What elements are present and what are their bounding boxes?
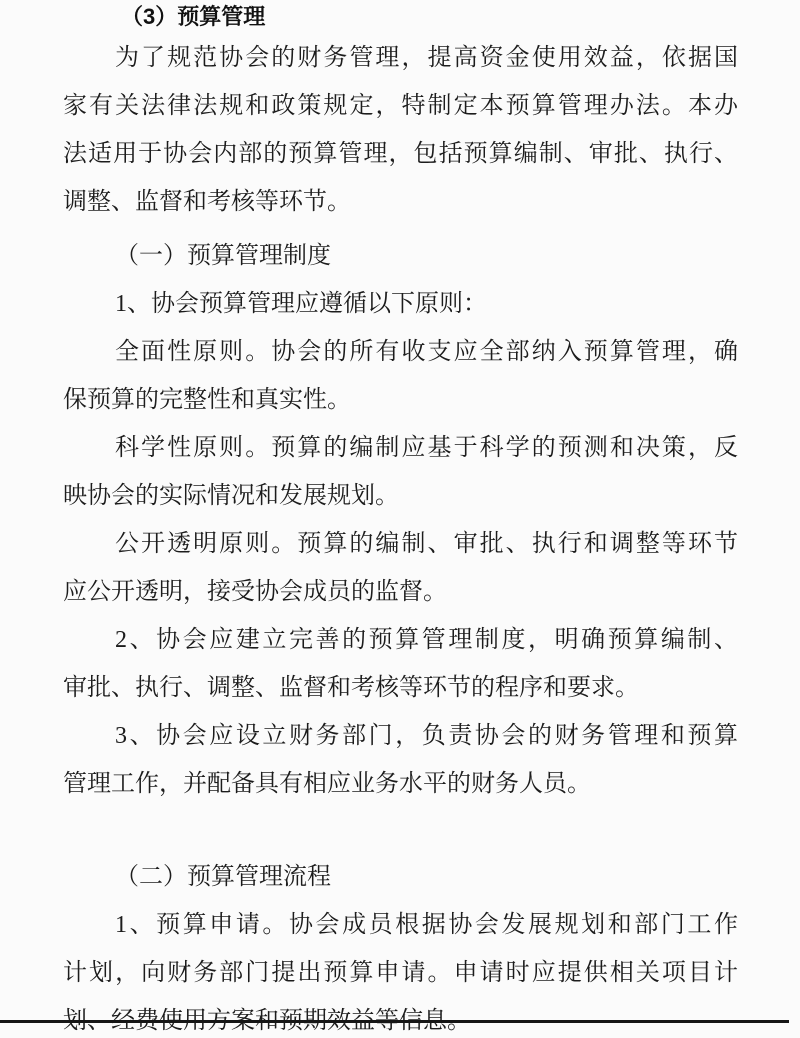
text-line: 科学性原则。预算的编制应基于科学的预测和决策，反 <box>63 424 738 472</box>
paragraph: 2、协会应建立完善的预算管理制度，明确预算编制、 审批、执行、调整、监督和考核等… <box>63 616 738 712</box>
paragraph: 全面性原则。协会的所有收支应全部纳入预算管理，确 保预算的完整性和真实性。 <box>63 328 738 424</box>
document-page: （3）预算管理 为了规范协会的财务管理，提高资金使用效益，依据国 家有关法律法规… <box>0 0 800 1038</box>
text-line: 2、协会应建立完善的预算管理制度，明确预算编制、 <box>63 616 738 664</box>
text-line: （二）预算管理流程 <box>63 853 738 901</box>
paragraph: 3、协会应设立财务部门，负责协会的财务管理和预算 管理工作，并配备具有相应业务水… <box>63 712 738 808</box>
text-line: 1、协会预算管理应遵循以下原则： <box>63 280 738 328</box>
section-heading-1: （一）预算管理制度 <box>63 232 738 280</box>
text-line: 保预算的完整性和真实性。 <box>63 376 738 424</box>
text-line: 调整、监督和考核等环节。 <box>63 178 738 226</box>
text-line: 审批、执行、调整、监督和考核等环节的程序和要求。 <box>63 664 738 712</box>
paragraph: 公开透明原则。预算的编制、审批、执行和调整等环节 应公开透明，接受协会成员的监督… <box>63 520 738 616</box>
text-line: 划、经费使用方案和预期效益等信息。 <box>63 997 738 1038</box>
section-heading-2: （二）预算管理流程 <box>63 853 738 901</box>
paragraph: 1、预算申请。协会成员根据协会发展规划和部门工作 计划，向财务部门提出预算申请。… <box>63 901 738 1038</box>
text-line: 映协会的实际情况和发展规划。 <box>63 472 738 520</box>
document-body: （3）预算管理 为了规范协会的财务管理，提高资金使用效益，依据国 家有关法律法规… <box>63 0 738 1038</box>
paragraph: 为了规范协会的财务管理，提高资金使用效益，依据国 家有关法律法规和政策规定，特制… <box>63 34 738 226</box>
text-line: 家有关法律法规和政策规定，特制定本预算管理办法。本办 <box>63 82 738 130</box>
text-line: 1、预算申请。协会成员根据协会发展规划和部门工作 <box>63 901 738 949</box>
text-line: 3、协会应设立财务部门，负责协会的财务管理和预算 <box>63 712 738 760</box>
text-line: 法适用于协会内部的预算管理，包括预算编制、审批、执行、 <box>63 130 738 178</box>
text-line: 为了规范协会的财务管理，提高资金使用效益，依据国 <box>63 34 738 82</box>
paragraph: 1、协会预算管理应遵循以下原则： <box>63 280 738 328</box>
text-line: （一）预算管理制度 <box>63 232 738 280</box>
text-line: 管理工作，并配备具有相应业务水平的财务人员。 <box>63 760 738 808</box>
text-line: 全面性原则。协会的所有收支应全部纳入预算管理，确 <box>63 328 738 376</box>
paragraph: 科学性原则。预算的编制应基于科学的预测和决策，反 映协会的实际情况和发展规划。 <box>63 424 738 520</box>
text-line: 公开透明原则。预算的编制、审批、执行和调整等环节 <box>63 520 738 568</box>
text-line: 计划，向财务部门提出预算申请。申请时应提供相关项目计 <box>63 949 738 997</box>
document-heading: （3）预算管理 <box>63 0 738 34</box>
page-bottom-rule <box>0 1020 789 1023</box>
text-line: 应公开透明，接受协会成员的监督。 <box>63 568 738 616</box>
